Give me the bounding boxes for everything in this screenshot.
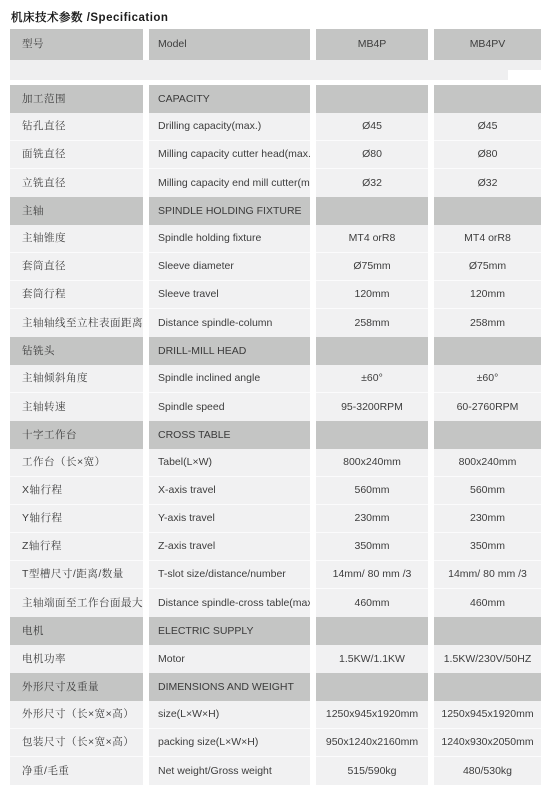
- spec-value-mb4pv: 60-2760RPM: [434, 393, 541, 421]
- spec-value-mb4pv: 1240x930x2050mm: [434, 729, 541, 757]
- section-empty-cell: [434, 197, 541, 225]
- section-header-row: 外形尺寸及重量 DIMENSIONS AND WEIGHT: [10, 673, 541, 701]
- section-header-row: 主轴 SPINDLE HOLDING FIXTURE: [10, 197, 541, 225]
- spec-value-mb4p: 950x1240x2160mm: [316, 729, 428, 757]
- spec-value-mb4p: Ø45: [316, 113, 428, 141]
- spec-label-en: Spindle holding fixture: [149, 225, 310, 253]
- spec-value-mb4p: Ø32: [316, 169, 428, 197]
- header-model-en: Model: [149, 29, 310, 60]
- section-title-zh: 加工范围: [10, 85, 143, 113]
- spec-value-mb4p: 515/590kg: [316, 757, 428, 785]
- spec-value-mb4p: MT4 orR8: [316, 225, 428, 253]
- section-empty-cell: [434, 85, 541, 113]
- spec-value-mb4pv: ±60°: [434, 365, 541, 393]
- spec-value-mb4pv: Ø32: [434, 169, 541, 197]
- table-row: 主轴轴线至立柱表面距离 Distance spindle-column 258m…: [10, 309, 541, 337]
- spec-value-mb4p: 230mm: [316, 505, 428, 533]
- spec-label-zh: X轴行程: [10, 477, 143, 505]
- table-row: Z轴行程 Z-axis travel 350mm 350mm: [10, 533, 541, 561]
- table-row: 套筒直径 Sleeve diameter Ø75mm Ø75mm: [10, 253, 541, 281]
- section-title-en: ELECTRIC SUPPLY: [149, 617, 310, 645]
- spec-label-en: Distance spindle-column: [149, 309, 310, 337]
- spec-value-mb4pv: 350mm: [434, 533, 541, 561]
- section-title-en: CAPACITY: [149, 85, 310, 113]
- spec-label-en: Motor: [149, 645, 310, 673]
- spec-label-zh: T型槽尺寸/距离/数量: [10, 561, 143, 589]
- header-model-zh: 型号: [10, 29, 143, 60]
- table-section: 外形尺寸及重量 DIMENSIONS AND WEIGHT 外形尺寸（长×宽×高…: [10, 673, 541, 785]
- spec-value-mb4pv: 560mm: [434, 477, 541, 505]
- spec-label-zh: 套筒直径: [10, 253, 143, 281]
- section-empty-cell: [434, 337, 541, 365]
- spec-value-mb4pv: 1250x945x1920mm: [434, 701, 541, 729]
- section-empty-cell: [316, 617, 428, 645]
- table-row: 包装尺寸（长×宽×高） packing size(L×W×H) 950x1240…: [10, 729, 541, 757]
- section-empty-cell: [316, 197, 428, 225]
- spec-value-mb4p: 120mm: [316, 281, 428, 309]
- section-title-zh: 电机: [10, 617, 143, 645]
- spec-label-en: Y-axis travel: [149, 505, 310, 533]
- section-title-en: DRILL-MILL HEAD: [149, 337, 310, 365]
- section-title-zh: 钻铣头: [10, 337, 143, 365]
- spec-label-zh: 电机功率: [10, 645, 143, 673]
- table-row: 面铣直径 Milling capacity cutter head(max.) …: [10, 141, 541, 169]
- spec-value-mb4pv: 800x240mm: [434, 449, 541, 477]
- specification-page: 机床技术参数 /Specification 型号 Model MB4P MB4P…: [0, 0, 551, 800]
- section-rows: 电机功率 Motor 1.5KW/1.1KW 1.5KW/230V/50HZ: [10, 645, 541, 673]
- spec-label-en: Distance spindle-cross table(max.): [149, 589, 310, 617]
- section-title-en: SPINDLE HOLDING FIXTURE: [149, 197, 310, 225]
- table-row: 电机功率 Motor 1.5KW/1.1KW 1.5KW/230V/50HZ: [10, 645, 541, 673]
- spec-value-mb4p: Ø75mm: [316, 253, 428, 281]
- spec-label-en: Spindle inclined angle: [149, 365, 310, 393]
- spec-value-mb4pv: 258mm: [434, 309, 541, 337]
- table-row: 钻孔直径 Drilling capacity(max.) Ø45 Ø45: [10, 113, 541, 141]
- section-empty-cell: [434, 421, 541, 449]
- table-section: 主轴 SPINDLE HOLDING FIXTURE 主轴锥度 Spindle …: [10, 197, 541, 337]
- table-row: 套筒行程 Sleeve travel 120mm 120mm: [10, 281, 541, 309]
- table-row: T型槽尺寸/距离/数量 T-slot size/distance/number …: [10, 561, 541, 589]
- section-title-en: CROSS TABLE: [149, 421, 310, 449]
- section-empty-cell: [316, 421, 428, 449]
- spec-label-en: Sleeve travel: [149, 281, 310, 309]
- spec-label-zh: 主轴倾斜角度: [10, 365, 143, 393]
- table-row: 净重/毛重 Net weight/Gross weight 515/590kg …: [10, 757, 541, 785]
- section-rows: 主轴锥度 Spindle holding fixture MT4 orR8 MT…: [10, 225, 541, 337]
- spec-label-zh: 净重/毛重: [10, 757, 143, 785]
- spec-label-zh: 套筒行程: [10, 281, 143, 309]
- spec-value-mb4p: 800x240mm: [316, 449, 428, 477]
- spec-label-en: Milling capacity end mill cutter(max.): [149, 169, 310, 197]
- page-title: 机床技术参数 /Specification: [0, 0, 551, 29]
- spec-label-en: packing size(L×W×H): [149, 729, 310, 757]
- spec-value-mb4p: 1250x945x1920mm: [316, 701, 428, 729]
- spec-value-mb4p: 258mm: [316, 309, 428, 337]
- section-empty-cell: [316, 337, 428, 365]
- section-title-zh: 十字工作台: [10, 421, 143, 449]
- spec-value-mb4pv: 230mm: [434, 505, 541, 533]
- header-column-mb4pv: MB4PV: [434, 29, 541, 60]
- spec-label-zh: 钻孔直径: [10, 113, 143, 141]
- table-section: 十字工作台 CROSS TABLE 工作台（长×宽） Tabel(L×W) 80…: [10, 421, 541, 617]
- section-header-row: 钻铣头 DRILL-MILL HEAD: [10, 337, 541, 365]
- spec-value-mb4p: Ø80: [316, 141, 428, 169]
- spec-label-en: Sleeve diameter: [149, 253, 310, 281]
- table-body: 加工范围 CAPACITY 钻孔直径 Drilling capacity(max…: [10, 85, 541, 785]
- spec-label-en: Milling capacity cutter head(max.): [149, 141, 310, 169]
- spacer-row: [10, 60, 541, 80]
- spec-label-zh: 面铣直径: [10, 141, 143, 169]
- spec-value-mb4pv: 480/530kg: [434, 757, 541, 785]
- table-row: Y轴行程 Y-axis travel 230mm 230mm: [10, 505, 541, 533]
- spec-label-zh: 主轴端面至工作台面最大距离: [10, 589, 143, 617]
- spec-label-zh: 外形尺寸（长×宽×高）: [10, 701, 143, 729]
- table-header-row: 型号 Model MB4P MB4PV: [10, 29, 541, 60]
- spec-label-zh: Z轴行程: [10, 533, 143, 561]
- spec-label-en: Drilling capacity(max.): [149, 113, 310, 141]
- spec-label-zh: 工作台（长×宽）: [10, 449, 143, 477]
- spec-value-mb4p: 95-3200RPM: [316, 393, 428, 421]
- table-row: X轴行程 X-axis travel 560mm 560mm: [10, 477, 541, 505]
- section-rows: 主轴倾斜角度 Spindle inclined angle ±60° ±60° …: [10, 365, 541, 421]
- table-row: 主轴倾斜角度 Spindle inclined angle ±60° ±60°: [10, 365, 541, 393]
- spec-value-mb4pv: 14mm/ 80 mm /3: [434, 561, 541, 589]
- table-row: 主轴端面至工作台面最大距离 Distance spindle-cross tab…: [10, 589, 541, 617]
- section-title-zh: 外形尺寸及重量: [10, 673, 143, 701]
- section-rows: 外形尺寸（长×宽×高） size(L×W×H) 1250x945x1920mm …: [10, 701, 541, 785]
- spec-label-en: Spindle speed: [149, 393, 310, 421]
- table-row: 主轴转速 Spindle speed 95-3200RPM 60-2760RPM: [10, 393, 541, 421]
- section-rows: 钻孔直径 Drilling capacity(max.) Ø45 Ø45 面铣直…: [10, 113, 541, 197]
- spec-value-mb4pv: Ø75mm: [434, 253, 541, 281]
- table-section: 钻铣头 DRILL-MILL HEAD 主轴倾斜角度 Spindle incli…: [10, 337, 541, 421]
- section-header-row: 电机 ELECTRIC SUPPLY: [10, 617, 541, 645]
- table-row: 立铣直径 Milling capacity end mill cutter(ma…: [10, 169, 541, 197]
- spec-label-zh: 主轴轴线至立柱表面距离: [10, 309, 143, 337]
- spec-table: 型号 Model MB4P MB4PV 加工范围 CAPACITY 钻孔直径 D…: [10, 29, 541, 785]
- spec-label-zh: 立铣直径: [10, 169, 143, 197]
- section-title-en: DIMENSIONS AND WEIGHT: [149, 673, 310, 701]
- spec-value-mb4p: 460mm: [316, 589, 428, 617]
- header-column-mb4p: MB4P: [316, 29, 428, 60]
- table-row: 主轴锥度 Spindle holding fixture MT4 orR8 MT…: [10, 225, 541, 253]
- spec-label-zh: 主轴转速: [10, 393, 143, 421]
- spec-value-mb4p: 1.5KW/1.1KW: [316, 645, 428, 673]
- section-empty-cell: [434, 673, 541, 701]
- table-row: 外形尺寸（长×宽×高） size(L×W×H) 1250x945x1920mm …: [10, 701, 541, 729]
- section-header-row: 十字工作台 CROSS TABLE: [10, 421, 541, 449]
- spec-label-zh: 包装尺寸（长×宽×高）: [10, 729, 143, 757]
- section-empty-cell: [316, 673, 428, 701]
- section-rows: 工作台（长×宽） Tabel(L×W) 800x240mm 800x240mm …: [10, 449, 541, 617]
- spec-label-en: X-axis travel: [149, 477, 310, 505]
- spec-label-en: Tabel(L×W): [149, 449, 310, 477]
- spec-label-en: Z-axis travel: [149, 533, 310, 561]
- spec-value-mb4pv: Ø45: [434, 113, 541, 141]
- section-empty-cell: [434, 617, 541, 645]
- spec-value-mb4pv: Ø80: [434, 141, 541, 169]
- spec-value-mb4pv: 1.5KW/230V/50HZ: [434, 645, 541, 673]
- spec-value-mb4pv: MT4 orR8: [434, 225, 541, 253]
- section-title-zh: 主轴: [10, 197, 143, 225]
- table-section: 加工范围 CAPACITY 钻孔直径 Drilling capacity(max…: [10, 85, 541, 197]
- spec-label-en: size(L×W×H): [149, 701, 310, 729]
- spec-label-en: Net weight/Gross weight: [149, 757, 310, 785]
- spec-label-zh: 主轴锥度: [10, 225, 143, 253]
- spec-label-en: T-slot size/distance/number: [149, 561, 310, 589]
- section-header-row: 加工范围 CAPACITY: [10, 85, 541, 113]
- table-section: 电机 ELECTRIC SUPPLY 电机功率 Motor 1.5KW/1.1K…: [10, 617, 541, 673]
- spec-value-mb4pv: 460mm: [434, 589, 541, 617]
- spec-label-zh: Y轴行程: [10, 505, 143, 533]
- spec-value-mb4p: 560mm: [316, 477, 428, 505]
- spec-value-mb4pv: 120mm: [434, 281, 541, 309]
- spec-value-mb4p: 350mm: [316, 533, 428, 561]
- section-empty-cell: [316, 85, 428, 113]
- table-row: 工作台（长×宽） Tabel(L×W) 800x240mm 800x240mm: [10, 449, 541, 477]
- spec-value-mb4p: 14mm/ 80 mm /3: [316, 561, 428, 589]
- spec-value-mb4p: ±60°: [316, 365, 428, 393]
